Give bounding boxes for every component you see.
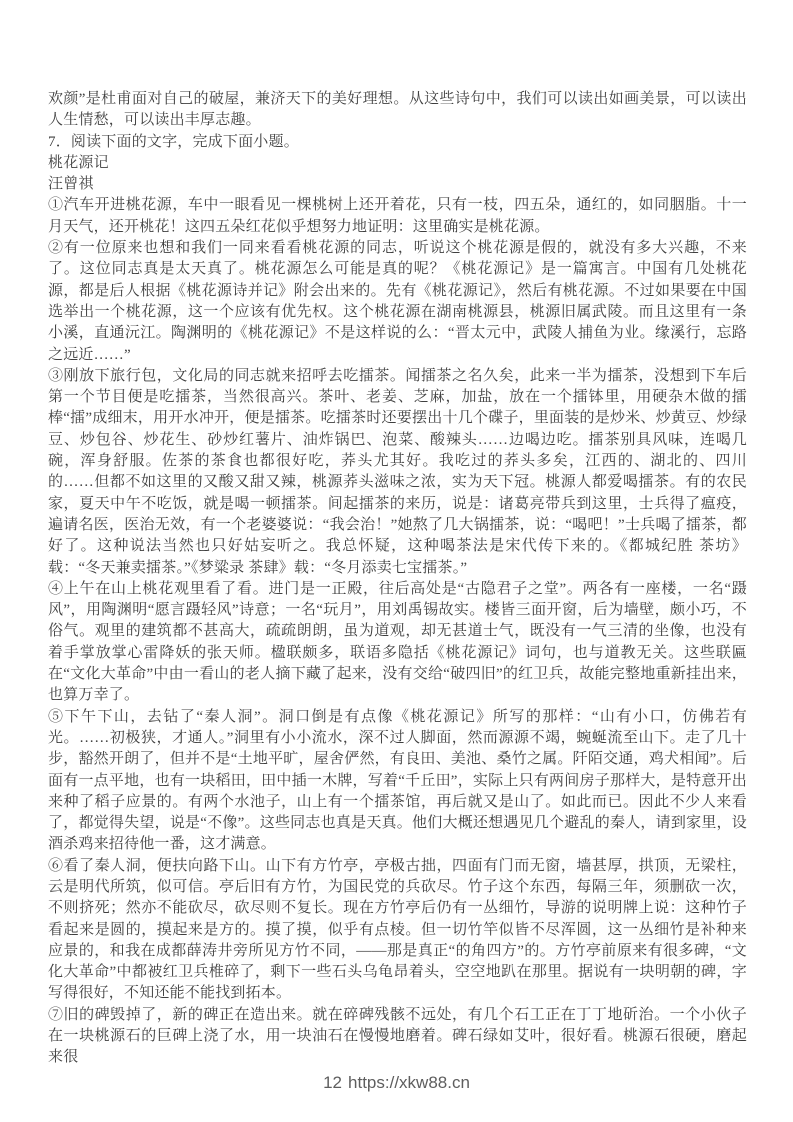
- page-number: 12: [323, 1073, 342, 1092]
- article-paragraph-4: ④上午在山上桃花观里看了看。进门是一正殿，往后高处是“古隐君子之堂”。两各有一座…: [48, 579, 747, 707]
- article-paragraph-2: ②有一位原来也想和我们一同来看看桃花源的同志，听说这个桃花源是假的，就没有多大兴…: [48, 238, 747, 366]
- article-paragraph-5: ⑤下午下山，去钻了“秦人洞”。洞口倒是有点像《桃花源记》所写的那样：“山有小口，…: [48, 707, 747, 856]
- continuation-text: 欢颜”是杜甫面对自己的破屋，兼济天下的美好理想。从这些诗句中，我们可以读出如画美…: [48, 89, 747, 132]
- document-body: 欢颜”是杜甫面对自己的破屋，兼济天下的美好理想。从这些诗句中，我们可以读出如画美…: [48, 89, 747, 1069]
- question-number: 7．: [48, 134, 71, 150]
- article-paragraph-1: ①汽车开进桃花源，车中一眼看见一棵桃树上还开着花，只有一枝，四五朵，通红的，如同…: [48, 195, 747, 238]
- article-paragraph-3: ③刚放下旅行包，文化局的同志就来招呼去吃擂茶。闻擂茶之名久矣，此来一半为擂茶，没…: [48, 366, 747, 579]
- article-title: 桃花源记: [48, 153, 747, 174]
- page-footer: 12https://xkw88.cn: [0, 1073, 793, 1093]
- article-paragraph-6: ⑥看了秦人洞，便扶向路下山。山下有方竹亭，亭极古拙，四面有门而无窗，墙甚厚，拱顶…: [48, 856, 747, 1005]
- site-url: https://xkw88.cn: [348, 1073, 470, 1092]
- article-paragraph-7: ⑦旧的碑毁掉了，新的碑正在造出来。就在碎碑残骸不远处，有几个石工正在丁丁地斫治。…: [48, 1005, 747, 1069]
- article-author: 汪曾祺: [48, 174, 747, 195]
- document-page: 欢颜”是杜甫面对自己的破屋，兼济天下的美好理想。从这些诗句中，我们可以读出如画美…: [0, 0, 793, 1122]
- question-prompt: 阅读下面的文字，完成下面小题。: [71, 134, 299, 150]
- question-item: 7．阅读下面的文字，完成下面小题。: [48, 132, 747, 153]
